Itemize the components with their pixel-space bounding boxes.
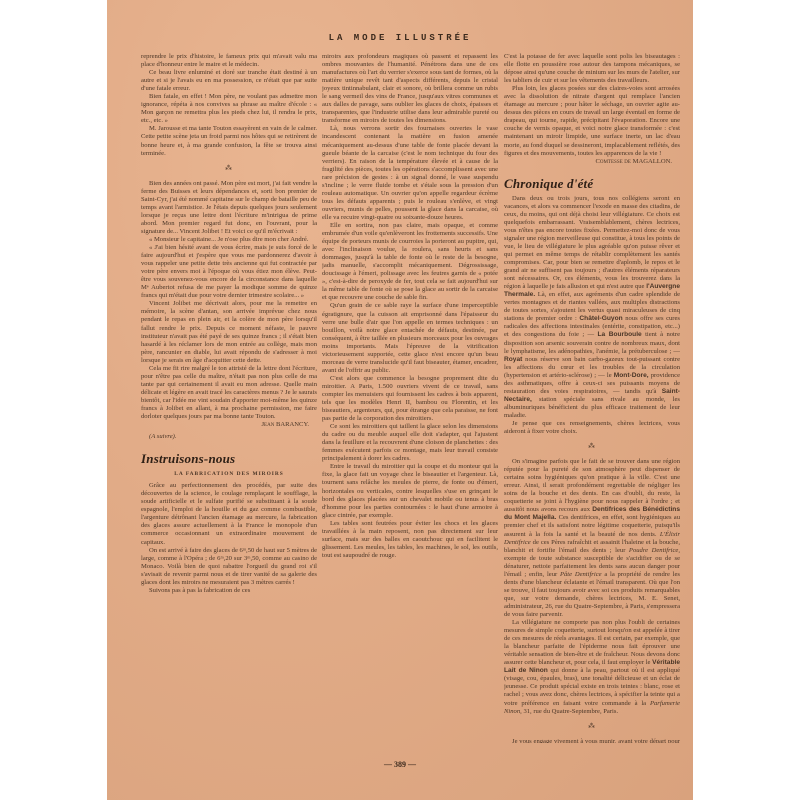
- section-separator: ⁂: [141, 164, 317, 172]
- story-paragraph: Bien des années ont passé. Mon père est …: [141, 180, 317, 236]
- article-paragraph: C'est alors que commence la besogne prop…: [322, 375, 498, 423]
- highlight-royat: Royat: [504, 356, 522, 363]
- section-separator: ⁂: [504, 722, 680, 730]
- highlight-chatel-guyon: Châtel-Guyon: [579, 315, 622, 322]
- to-be-continued: (A suivre).: [141, 433, 317, 441]
- article-paragraph: On est arrivé à faire des glaces de 6ᵐ,5…: [141, 547, 317, 587]
- article-paragraph: Les tables sont feutrées pour éviter les…: [322, 520, 498, 560]
- highlight-pate: Pâte Dentifrice: [560, 571, 602, 578]
- article-paragraph: Plus loin, les glaces posées sur des cla…: [504, 85, 680, 157]
- article-paragraph: miroirs aux profondeurs magiques où pass…: [322, 53, 498, 125]
- story-paragraph: Vincent Jolibet me décrivait alors, pour…: [141, 300, 317, 364]
- article-paragraph: C'est la potasse de fer avec laquelle so…: [504, 53, 680, 85]
- story-paragraph: M. Jarousse et ma tante Touton essayèren…: [141, 125, 317, 157]
- column-3: C'est la potasse de fer avec laquelle so…: [504, 53, 680, 743]
- text: 31, rue du Quatre-Septembre, Paris.: [523, 708, 618, 715]
- section-title-instruisons: Instruisons-nous: [141, 451, 317, 466]
- story-paragraph: « J'ai bien hésité avant de vous écrire,…: [141, 244, 317, 300]
- article-paragraph: Là, nous verrons sortir des fournaises o…: [322, 125, 498, 222]
- article-paragraph: Grâce au perfectionnement des procédés, …: [141, 482, 317, 546]
- story-author: Jean BARANCY.: [141, 421, 317, 429]
- story-paragraph: Bien fatale, en effet ! Mon père, ne vou…: [141, 93, 317, 125]
- article-author: Comtesse de MAGALLON.: [504, 158, 680, 166]
- article-paragraph: Elle en sortira, non pas claire, mais op…: [322, 222, 498, 302]
- article-paragraph: Ce sont les miroitiers qui taillent la g…: [322, 423, 498, 463]
- section-title-chronique: Chronique d'été: [504, 176, 680, 191]
- chronique-paragraph: La villégiature ne comporte pas non plus…: [504, 619, 680, 716]
- story-paragraph: « Monsieur le capitaine... Je n'ose plus…: [141, 236, 317, 244]
- highlight-mont-dore: Mont-Dore,: [614, 372, 649, 379]
- story-paragraph: Cela me fit rire malgré le ton attristé …: [141, 365, 317, 421]
- story-paragraph: reprendre le prix d'histoire, le fameux …: [141, 53, 317, 69]
- article-paragraph: Entre le travail du miroitier qui la cou…: [322, 463, 498, 519]
- column-2: miroirs aux profondeurs magiques où pass…: [322, 53, 498, 743]
- chronique-paragraph: Je pense que ces renseignements, chères …: [504, 420, 680, 436]
- article-paragraph: Qu'un grain de ce sable raye la surface …: [322, 302, 498, 374]
- column-1: reprendre le prix d'histoire, le fameux …: [141, 53, 317, 743]
- article-subtitle: LA FABRICATION DES MIROIRS: [141, 470, 317, 478]
- masthead: LA MODE ILLUSTRÉE: [107, 33, 693, 43]
- chronique-paragraph: On s'imagine parfois que le fait de se t…: [504, 458, 680, 619]
- text: On s'imagine parfois que le fait de se t…: [504, 458, 680, 513]
- chronique-paragraph: Je vous engage vivement à vous munir, av…: [504, 738, 680, 743]
- story-paragraph: Ce beau livre enluminé et doré sur tranc…: [141, 69, 317, 93]
- highlight-la-bourboule: La Bourboule: [598, 331, 642, 338]
- section-separator: ⁂: [504, 442, 680, 450]
- highlight-poudre: Poudre Dentifrice,: [629, 547, 680, 554]
- text: Dans deux ou trois jours, tous nos collé…: [504, 195, 680, 291]
- article-paragraph: Suivons pas à pas la fabrication de ces: [141, 587, 317, 595]
- magazine-page: LA MODE ILLUSTRÉE reprendre le prix d'hi…: [107, 0, 693, 800]
- page-number: — 389 —: [107, 760, 693, 769]
- text: a la propriété de rendre les dents d'une…: [504, 571, 680, 618]
- chronique-paragraph: Dans deux ou trois jours, tous nos collé…: [504, 195, 680, 420]
